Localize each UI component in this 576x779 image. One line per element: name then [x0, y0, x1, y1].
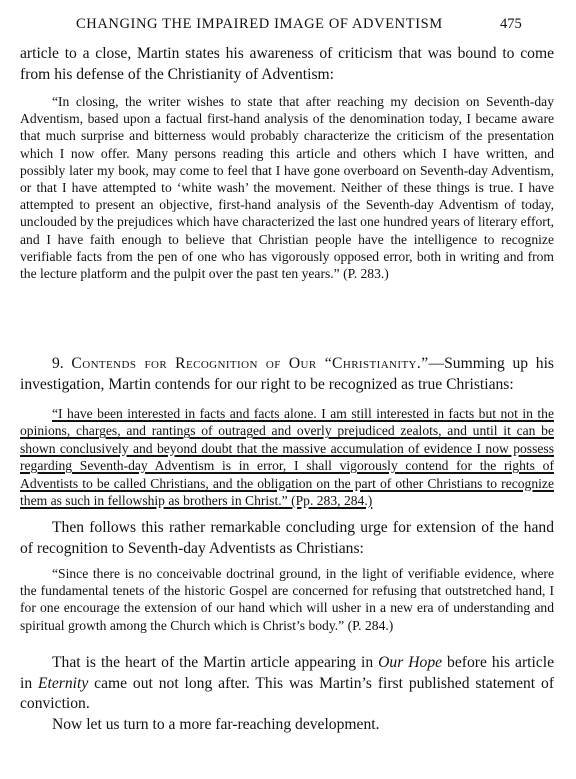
summary-text-1: That is the heart of the Martin article … — [52, 654, 378, 671]
intro-paragraph: article to a close, Martin states his aw… — [20, 44, 554, 85]
closing-paragraph: Now let us turn to a more far-reaching d… — [20, 715, 379, 736]
block-quote-recognition: “I have been interested in facts and fac… — [20, 405, 554, 509]
summary-paragraph: That is the heart of the Martin article … — [20, 653, 554, 715]
transition-paragraph: Then follows this rather remarkable conc… — [20, 518, 554, 559]
publication-title-eternity: Eternity — [38, 675, 88, 692]
running-head-title: CHANGING THE IMPAIRED IMAGE OF ADVENTISM — [76, 16, 516, 33]
publication-title-our-hope: Our Hope — [378, 654, 442, 671]
section-number: 9. — [52, 355, 64, 372]
section-9-paragraph: 9. Contends for Recognition of Our “Chri… — [20, 354, 554, 395]
block-quote-outstretched-hand: “Since there is no conceivable doctrinal… — [20, 565, 554, 634]
summary-text-3: came out not long after. This was Martin… — [20, 675, 554, 713]
underlined-quote-block: “I have been interested in facts and fac… — [20, 405, 554, 509]
section-heading: Contends for Recognition of Our “Christi… — [71, 355, 428, 372]
block-quote-closing: “In closing, the writer wishes to state … — [20, 93, 554, 282]
page-number: 475 — [500, 16, 522, 33]
